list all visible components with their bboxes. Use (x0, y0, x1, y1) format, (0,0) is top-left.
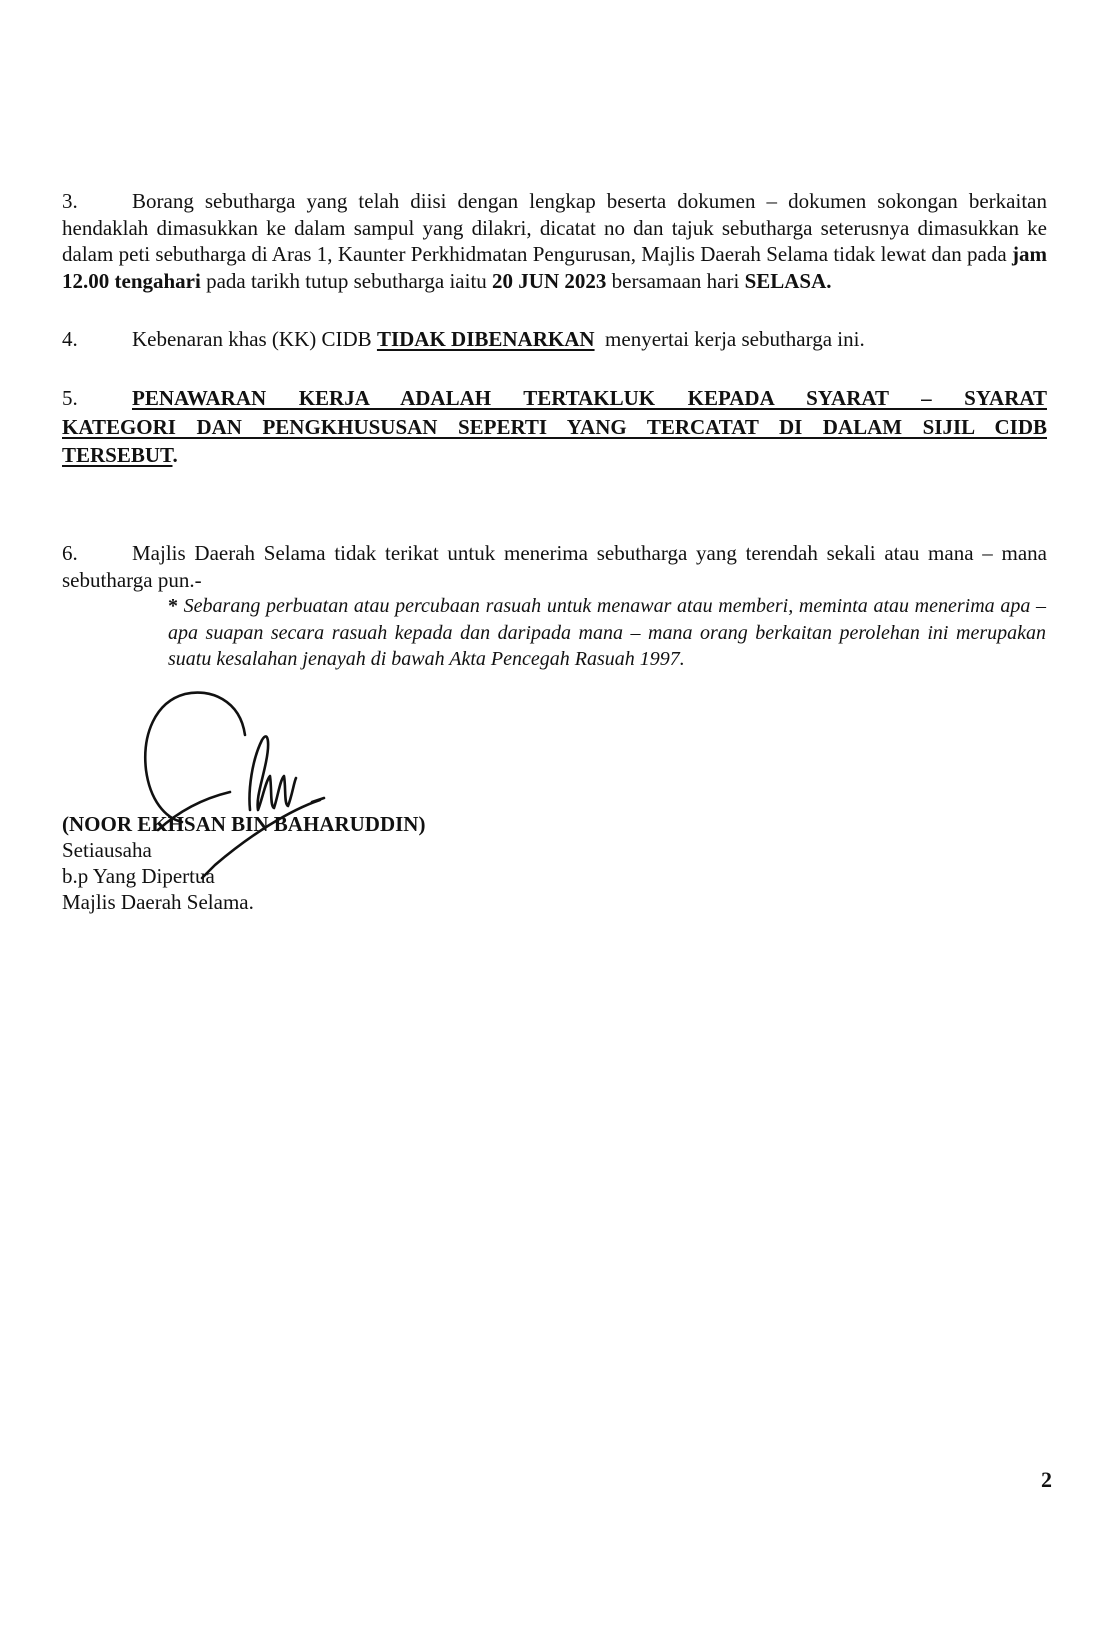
paragraph-text: . (173, 443, 178, 467)
paragraph-number: 4. (62, 326, 132, 353)
paragraph-text: PENAWARAN KERJA ADALAH TERTAKLUK KEPADA … (132, 386, 1047, 410)
page-number: 2 (1041, 1467, 1052, 1493)
paragraph-text: bersamaan hari (606, 269, 744, 293)
closing-day: SELASA. (745, 269, 832, 293)
paragraph-line: 5.PENAWARAN KERJA ADALAH TERTAKLUK KEPAD… (62, 384, 1047, 413)
paragraph-number: 5. (62, 384, 132, 413)
paragraph-text: KATEGORI DAN PENGKHUSUSAN SEPERTI YANG T… (62, 415, 1047, 439)
paragraph-text: pada tarikh tutup sebutharga iaitu (201, 269, 492, 293)
paragraph-number: 6. (62, 540, 132, 567)
asterisk-icon: * (168, 595, 178, 617)
paragraph-5: 5.PENAWARAN KERJA ADALAH TERTAKLUK KEPAD… (62, 384, 1047, 470)
paragraph-text: Kebenaran khas (KK) CIDB (132, 327, 377, 351)
closing-date: 20 JUN 2023 (492, 269, 606, 293)
paragraph-text: menyertai kerja sebutharga ini. (595, 327, 865, 351)
paragraph-number: 3. (62, 188, 132, 215)
paragraph-text: TERSEBUT (62, 443, 173, 467)
note-text: Sebarang perbuatan atau percubaan rasuah… (168, 595, 1046, 670)
signatory-organization: Majlis Daerah Selama. (62, 889, 425, 915)
signatory-on-behalf: b.p Yang Dipertua (62, 863, 425, 889)
paragraph-text: Borang sebutharga yang telah diisi denga… (62, 189, 1047, 266)
anti-corruption-note: * Sebarang perbuatan atau percubaan rasu… (168, 593, 1046, 673)
paragraph-text: Majlis Daerah Selama tidak terikat untuk… (62, 541, 1047, 592)
signatory-title: Setiausaha (62, 837, 425, 863)
document-page: 3.Borang sebutharga yang telah diisi den… (0, 0, 1117, 1650)
signatory-name: (NOOR EKHSAN BIN BAHARUDDIN) (62, 811, 425, 837)
paragraph-line: TERSEBUT. (62, 441, 1047, 470)
paragraph-3: 3.Borang sebutharga yang telah diisi den… (62, 188, 1047, 294)
paragraph-4: 4.Kebenaran khas (KK) CIDB TIDAK DIBENAR… (62, 326, 1047, 353)
paragraph-6: 6.Majlis Daerah Selama tidak terikat unt… (62, 540, 1047, 593)
not-permitted-notice: TIDAK DIBENARKAN (377, 327, 595, 351)
paragraph-line: KATEGORI DAN PENGKHUSUSAN SEPERTI YANG T… (62, 413, 1047, 442)
signature-block: (NOOR EKHSAN BIN BAHARUDDIN) Setiausaha … (62, 811, 425, 915)
